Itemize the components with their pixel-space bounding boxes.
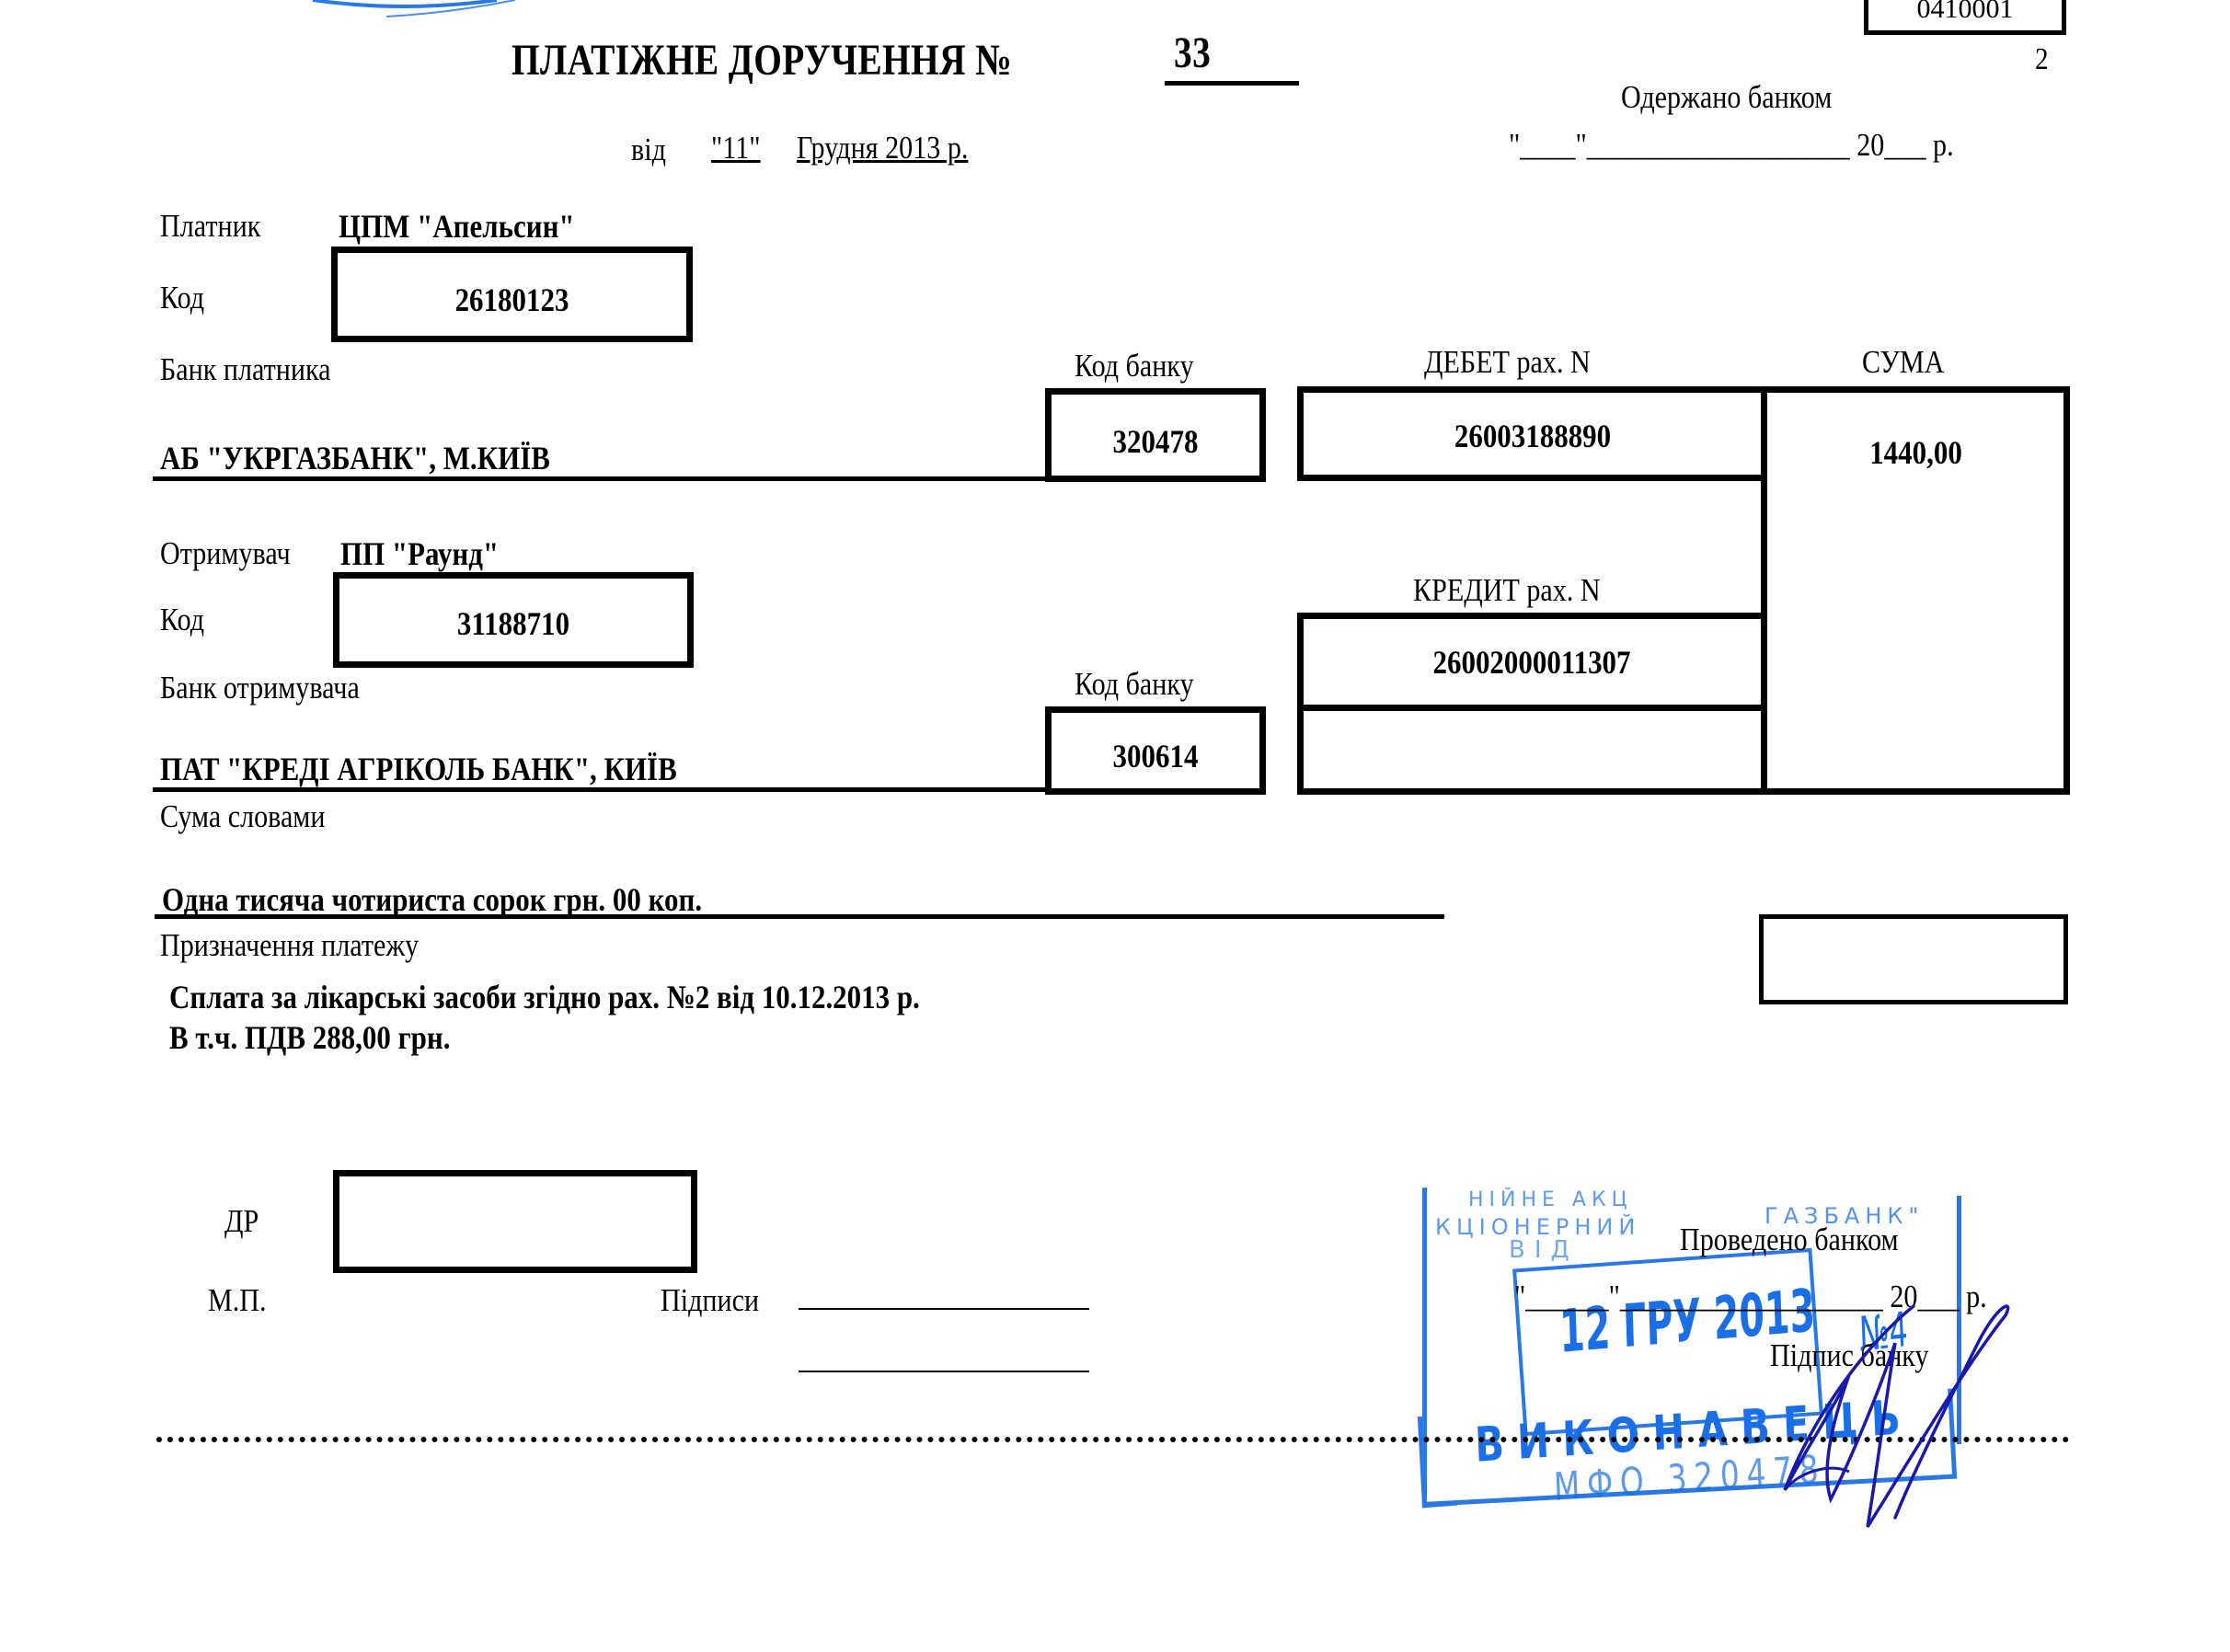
form-code: 0410001 [1868,0,2062,25]
recipient-bank-code-label: Код банку [1075,668,1194,700]
handwritten-signature [1730,1288,2079,1545]
signature-line-1[interactable] [799,1308,1089,1310]
credit-label: КРЕДИТ рах. N [1413,574,1601,606]
stamp-fragment-top [304,0,524,22]
received-date-field: "____"___________________ 20___ р. [1509,129,1954,161]
payer-code: 26180123 [362,281,662,319]
recipient-bank-code: 300614 [1066,737,1245,775]
recipient-bank-label: Банк отримувача [160,671,360,704]
recipient-name: ПП "Раунд" [340,537,499,570]
debit-account: 26003188890 [1454,419,1610,453]
recipient-code-box: 31188710 [333,572,694,668]
payer-label: Платник [160,210,260,242]
stamp-text-top-1: НІЙНЕ АКЦ [1468,1188,1633,1211]
form-code-box: 0410001 [1864,0,2066,35]
debit-label: ДЕБЕТ рах. N [1424,346,1591,378]
payer-code-box: 26180123 [331,247,693,342]
payer-bank-name: АБ "УКРГАЗБАНК", М.КИЇВ [160,442,550,475]
amount-words-underline [155,914,1444,919]
order-number: 33 [1174,28,1211,78]
recipient-bank-code-box: 300614 [1045,706,1266,795]
credit-bottom-border [1297,705,1764,711]
mp-label: М.П. [208,1284,267,1316]
payer-bank-code-label: Код банку [1075,350,1194,382]
date-month-year: Грудня 2013 р. [797,132,968,164]
payer-bank-underline [153,476,1051,481]
recipient-bank-underline [153,787,1051,792]
stamp-text-top-3: ВІД [1509,1236,1579,1264]
purpose-line-1: Сплата за лікарські засоби згідно рах. №… [169,981,920,1014]
credit-left-border [1297,613,1304,795]
amount-words-value: Одна тисяча чотириста сорок грн. 00 коп. [162,883,702,916]
recipient-label: Отримувач [160,537,291,569]
amount-column-divider [1761,386,1767,795]
date-prefix: від [631,133,666,166]
recipient-code-label: Код [160,603,204,636]
amount-words-label: Сума словами [160,800,325,832]
dr-box [333,1170,697,1273]
copy-number: 2 [2035,44,2049,75]
date-day: "11" [711,132,761,164]
amount-label: СУМА [1862,346,1944,378]
payer-bank-code-box: 320478 [1045,388,1266,482]
purpose-line-2: В т.ч. ПДВ 288,00 грн. [169,1021,450,1054]
purpose-side-box [1759,914,2068,1004]
order-number-underline [1165,81,1299,86]
credit-account: 26002000011307 [1433,646,1631,679]
payer-bank-code: 320478 [1066,422,1245,461]
recipient-bank-name: ПАТ "КРЕДІ АГРІКОЛЬ БАНК", КИЇВ [160,752,677,786]
recipient-code: 31188710 [363,604,662,643]
signatures-label: Підписи [661,1284,759,1316]
page-title: ПЛАТІЖНЕ ДОРУЧЕННЯ № [512,35,1012,86]
signature-line-2[interactable] [799,1371,1089,1372]
payer-name: ЦПМ "Апельсин" [339,210,575,243]
purpose-label: Призначення платежу [160,929,419,961]
payer-bank-label: Банк платника [160,353,331,385]
payer-code-label: Код [160,281,204,314]
received-by-bank-label: Одержано банком [1621,81,1832,113]
processed-by-bank-label: Проведено банком [1680,1223,1899,1256]
credit-top-border [1297,613,1764,619]
dr-label: ДР [224,1205,259,1237]
debit-bottom-border [1297,475,1764,481]
amount-value: 1440,00 [1869,436,1962,469]
